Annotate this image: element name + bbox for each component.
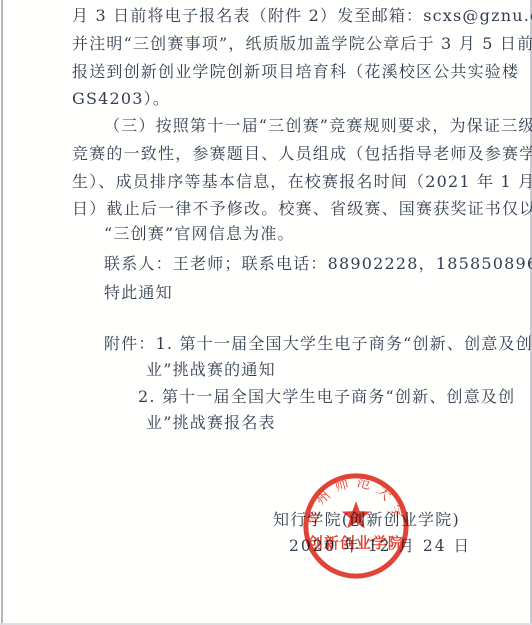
document-page: 月 3 日前将电子报名表（附件 2）发至邮箱：scxs@gznu.edu.cn，… (0, 0, 532, 625)
para-rules-line-3: 生）、成员排序等基本信息，在校赛报名时间（2021 年 1 月 31 (72, 171, 532, 193)
para-submission-line-1: 月 3 日前将电子报名表（附件 2）发至邮箱：scxs@gznu.edu.cn， (72, 5, 532, 27)
para-submission-line-2: 并注明“三创赛事项”，纸质版加盖学院公章后于 3 月 5 日前 (72, 33, 532, 55)
contact-line: 联系人：王老师；联系电话：88902228，18585089624 (104, 253, 532, 275)
para-rules-line-5: “三创赛”官网信息为准。 (104, 223, 295, 245)
para-rules-line-2: 竞赛的一致性，参赛题目、人员组成（包括指导老师及参赛学 (72, 143, 532, 165)
attachments-line-1: 附件：1. 第十一届全国大学生电子商务“创新、创意及创 (104, 333, 532, 355)
para-rules-line-4: 日）截止后一律不予修改。校赛、省级赛、国赛获奖证书仅以 (72, 198, 532, 220)
attachments-line-2: 业”挑战赛的通知 (146, 359, 276, 381)
para-submission-line-4: GS4203）。 (72, 88, 170, 110)
seal-star-icon (342, 501, 371, 528)
closing-notice-line: 特此通知 (104, 282, 173, 304)
seal-center-text: 创新创业学院 (307, 534, 404, 552)
official-seal: 贵州师范大学 创新创业学院 (302, 472, 410, 580)
attachments-line-4: 业”挑战赛报名表 (146, 412, 276, 434)
para-submission-line-3: 报送到创新创业学院创新项目培育科（花溪校区公共实验楼 (72, 61, 519, 83)
page-left-edge (1, 0, 3, 625)
para-rules-line-1: （三）按照第十一届“三创赛”竞赛规则要求，为保证三级 (104, 115, 532, 137)
attachments-line-3: 2. 第十一届全国大学生电子商务“创新、创意及创 (138, 386, 515, 408)
